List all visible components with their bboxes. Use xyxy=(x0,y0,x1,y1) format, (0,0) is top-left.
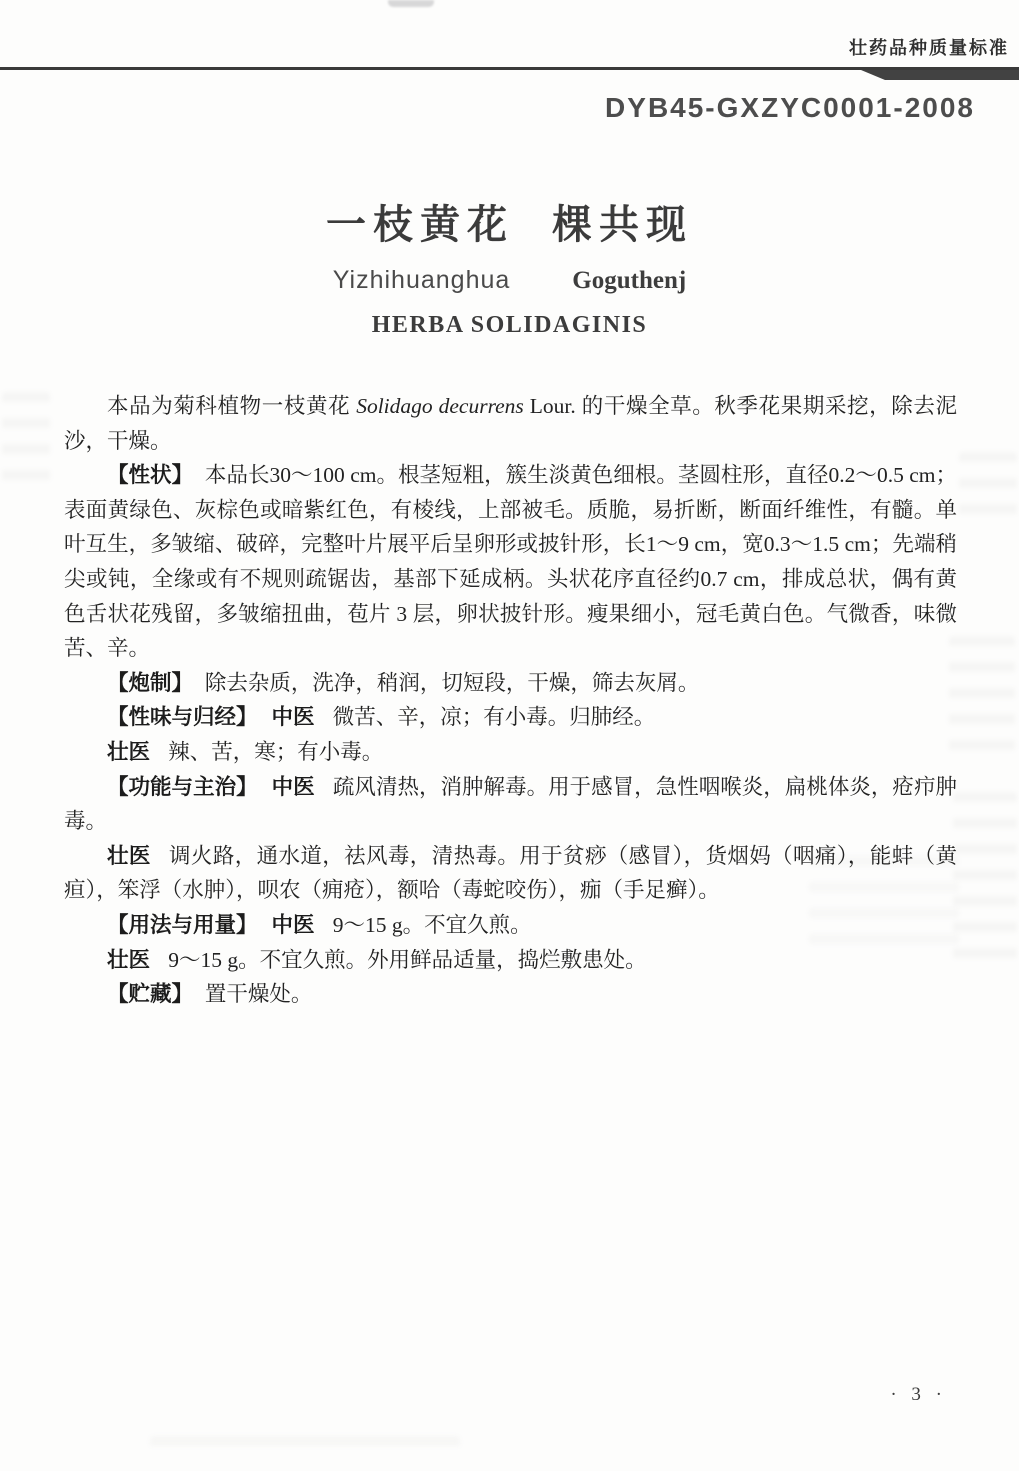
section-text: 9～15 g。不宜久煎。外用鲜品适量，捣烂敷患处。 xyxy=(168,948,646,972)
zhuang-romanized-name: Goguthenj xyxy=(572,267,686,294)
section-label: 【性味与归经】 xyxy=(107,705,258,729)
header-rule-accent xyxy=(861,70,1019,80)
section-label: 【功能与主治】 xyxy=(107,775,258,799)
section-text: 辣、苦，寒；有小毒。 xyxy=(168,740,383,764)
section-property-meridian-tcm: 【性味与归经】中医微苦、辛，凉；有小毒。归肺经。 xyxy=(64,700,957,735)
section-text: 9～15 g。不宜久煎。 xyxy=(333,913,532,937)
title-chinese-name: 一枝黄花 xyxy=(326,203,514,247)
header-rule xyxy=(0,67,1019,70)
section-function-indication-zhuang: 壮医调火路，通水道，祛风毒，清热毒。用于贫痧（感冒），货烟妈（咽痛），能蚌（黄疸… xyxy=(64,839,957,908)
section-text: 置干燥处。 xyxy=(205,982,313,1006)
section-dosage-tcm: 【用法与用量】中医9～15 g。不宜久煎。 xyxy=(64,908,957,943)
section-text: 微苦、辛，凉；有小毒。归肺经。 xyxy=(333,705,656,729)
document-page: 壮药品种质量标准 DYB45-GXZYC0001-2008 一枝黄花棵共现 Yi… xyxy=(0,0,1019,1471)
section-property-meridian-zhuang: 壮医辣、苦，寒；有小毒。 xyxy=(64,735,957,770)
latin-drug-name: HERBA SOLIDAGINIS xyxy=(0,312,1019,339)
medicine-system-label: 中医 xyxy=(272,775,315,799)
bleed-through-artifact xyxy=(2,392,50,484)
medicine-system-label: 壮医 xyxy=(107,844,151,868)
bleed-through-artifact xyxy=(953,792,1017,962)
section-description: 【性状】本品长30～100 cm。根茎短粗，簇生淡黄色细根。茎圆柱形，直径0.2… xyxy=(64,458,957,666)
section-dosage-zhuang: 壮医9～15 g。不宜久煎。外用鲜品适量，捣烂敷患处。 xyxy=(64,943,957,978)
bleed-through-artifact xyxy=(150,1436,460,1458)
section-text: 调火路，通水道，祛风毒，清热毒。用于贫痧（感冒），货烟妈（咽痛），能蚌（黄疸），… xyxy=(64,844,957,903)
page-title: 一枝黄花棵共现 xyxy=(0,193,1019,250)
medicine-system-label: 壮医 xyxy=(107,740,150,764)
section-text: 除去杂质，洗净，稍润，切短段，干燥，筛去灰屑。 xyxy=(205,671,700,695)
section-text: 本品长30～100 cm。根茎短粗，簇生淡黄色细根。茎圆柱形，直径0.2～0.5… xyxy=(64,463,957,660)
section-storage: 【贮藏】置干燥处。 xyxy=(64,977,957,1012)
section-processing: 【炮制】除去杂质，洗净，稍润，切短段，干燥，筛去灰屑。 xyxy=(64,666,957,701)
medicine-system-label: 壮医 xyxy=(107,948,150,972)
section-label: 【炮制】 xyxy=(107,671,193,695)
transliteration-line: YizhihuanghuaGoguthenj xyxy=(0,266,1019,295)
document-body: 本品为菊科植物一枝黄花 Solidago decurrens Lour. 的干燥… xyxy=(64,389,957,1012)
section-label: 【用法与用量】 xyxy=(107,913,258,937)
species-latin-name: Solidago decurrens xyxy=(356,394,524,418)
section-label: 【贮藏】 xyxy=(107,982,193,1006)
standard-doc-number: DYB45-GXZYC0001-2008 xyxy=(605,92,975,124)
scan-artifact-top xyxy=(388,0,434,7)
medicine-system-label: 中医 xyxy=(271,705,314,729)
page-number: · 3 · xyxy=(890,1384,947,1406)
medicine-system-label: 中医 xyxy=(271,913,314,937)
bleed-through-artifact xyxy=(959,452,1017,516)
intro-paragraph: 本品为菊科植物一枝黄花 Solidago decurrens Lour. 的干燥… xyxy=(64,389,957,458)
section-label: 【性状】 xyxy=(107,463,193,487)
title-zhuang-name: 棵共现 xyxy=(552,203,693,247)
pinyin-name: Yizhihuanghua xyxy=(333,266,511,294)
section-function-indication-tcm: 【功能与主治】中医疏风清热，消肿解毒。用于感冒，急性咽喉炎，扁桃体炎，疮疖肿毒。 xyxy=(64,770,957,839)
bleed-through-artifact xyxy=(949,636,1015,756)
running-header-title: 壮药品种质量标准 xyxy=(849,34,1009,60)
intro-text-1: 本品为菊科植物一枝黄花 xyxy=(107,394,356,418)
